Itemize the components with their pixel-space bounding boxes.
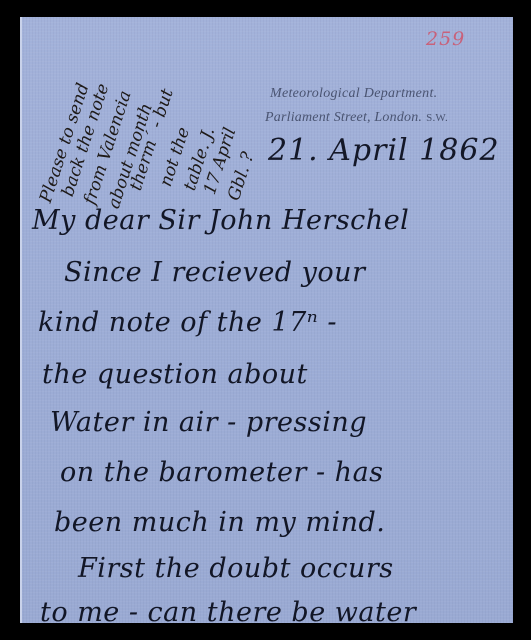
archive-number: 259 [426, 28, 465, 50]
body-line: been much in my mind. [54, 507, 385, 538]
salutation: My dear Sir John Herschel [32, 205, 409, 236]
letterhead-street: Parliament Street, London. [265, 110, 422, 125]
letterhead-address: Parliament Street, London.S.W. [265, 110, 448, 126]
body-line: First the doubt occurs [78, 553, 394, 584]
letterhead-department: Meteorological Department. [270, 86, 437, 102]
letter-date: 21. April 1862 [268, 133, 500, 168]
body-line: Since I recieved your [64, 257, 365, 288]
body-line: Water in air - pressing [50, 407, 367, 438]
body-line: kind note of the 17ⁿ - [38, 307, 337, 338]
body-line: the question about [42, 359, 308, 390]
letterhead-postal-district: S.W. [426, 112, 448, 124]
margin-note: Please to send back the note from Valenc… [16, 17, 256, 217]
body-line: on the barometer - has [60, 457, 384, 488]
letter-page: 259 Meteorological Department. Parliamen… [20, 17, 513, 623]
body-line: to me - can there be water [40, 597, 416, 628]
